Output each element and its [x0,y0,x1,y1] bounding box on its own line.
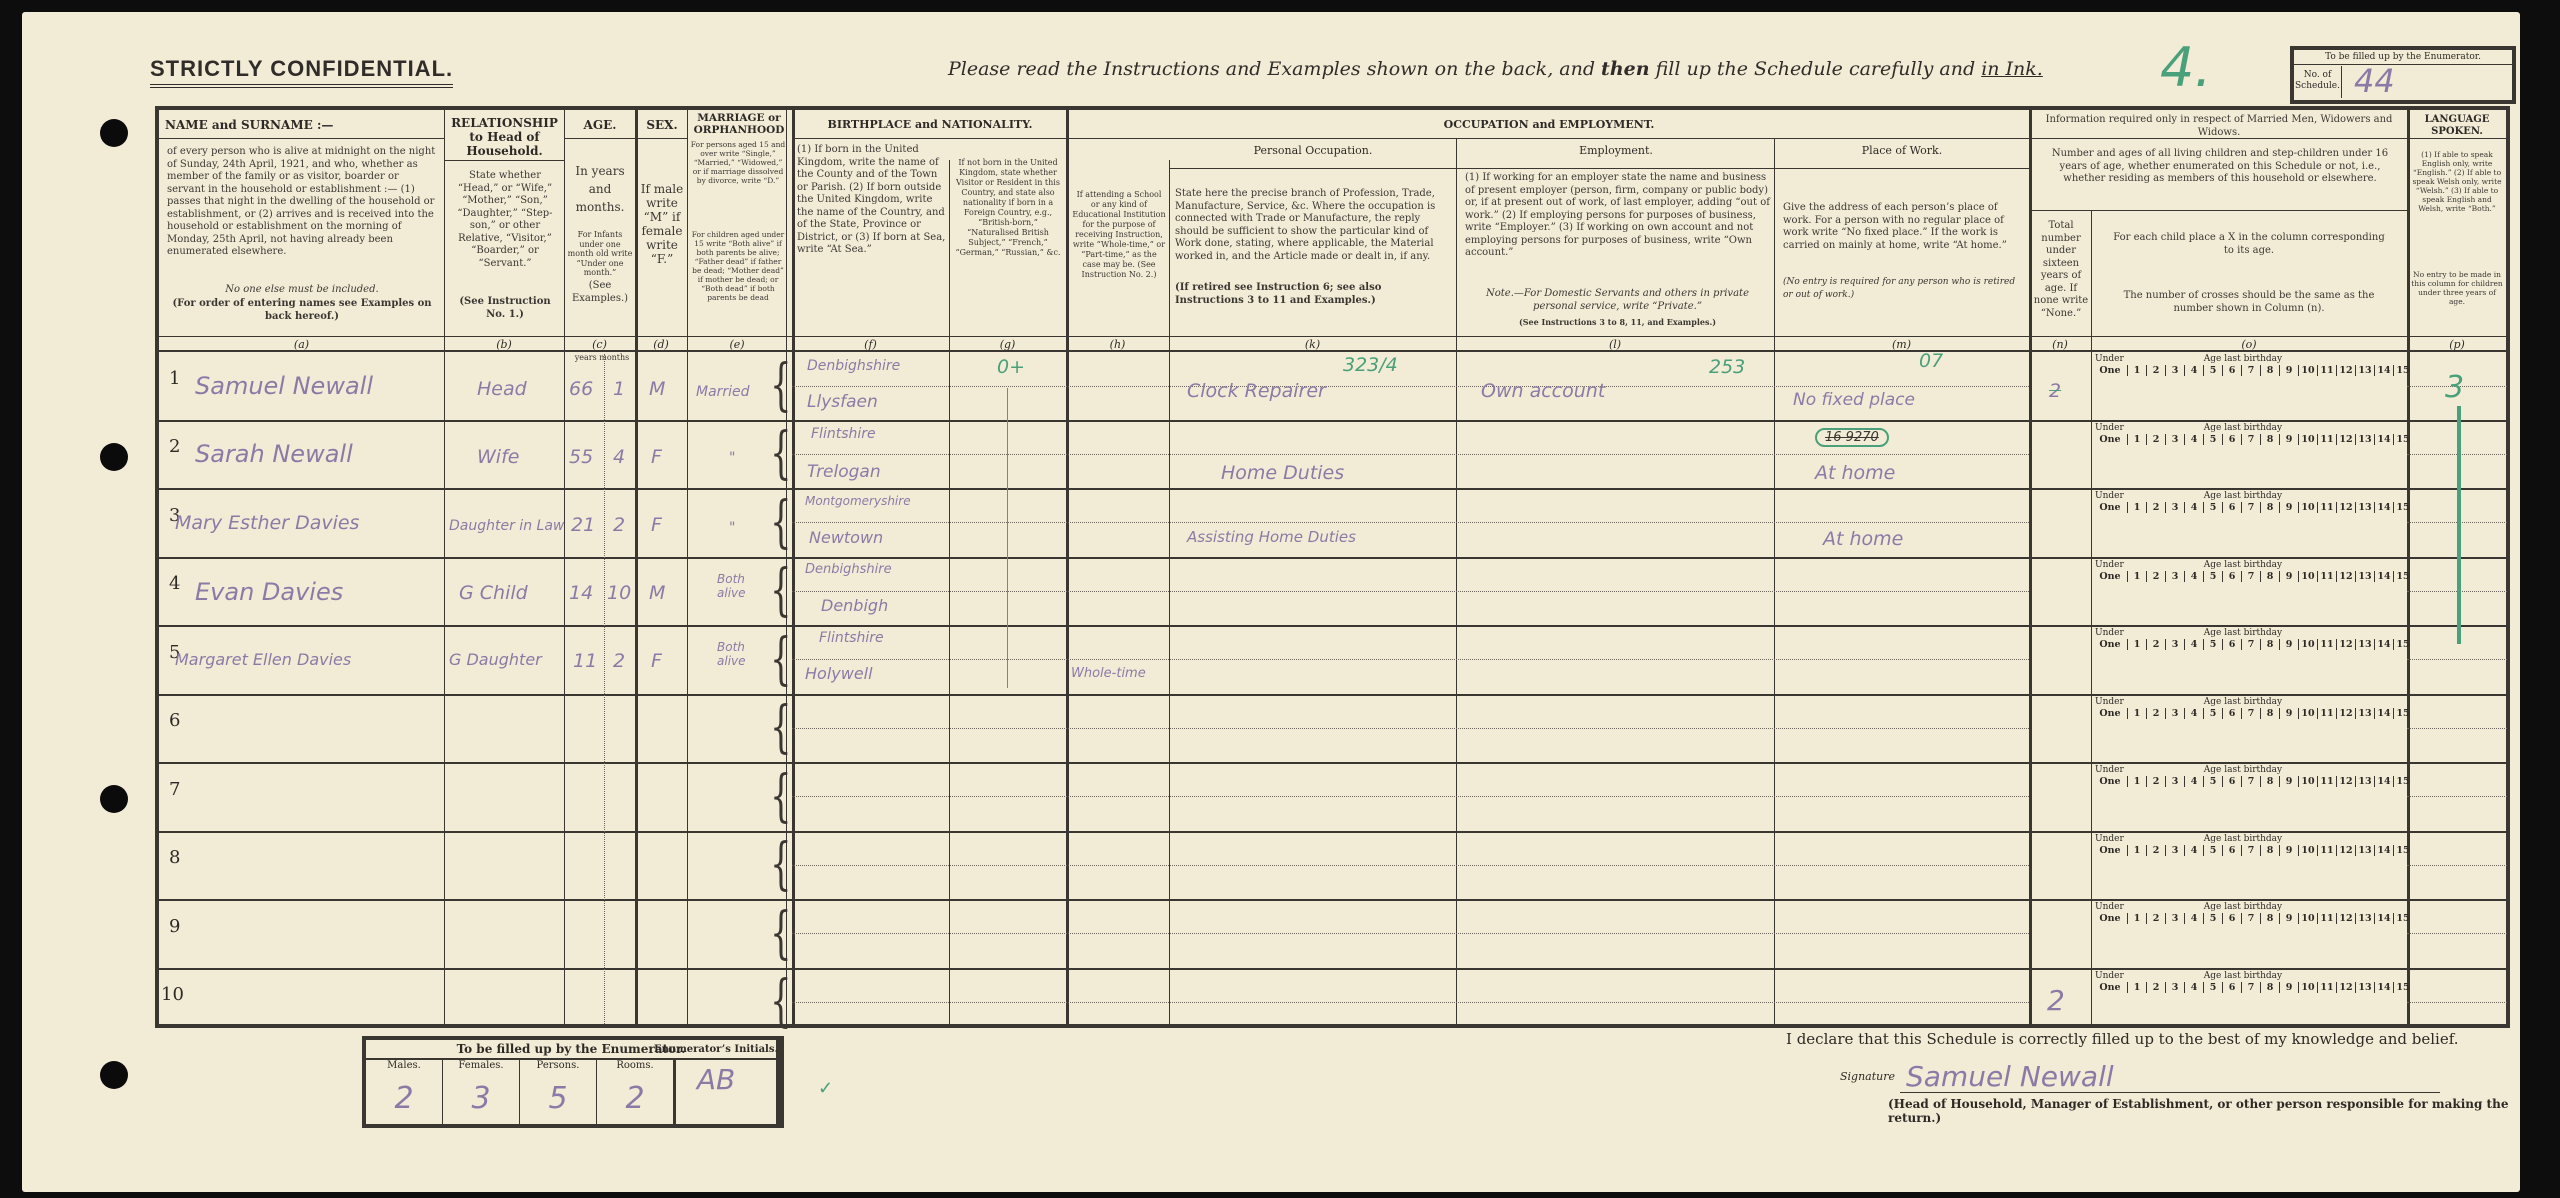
instructions-emphasis: then [1601,58,1650,80]
age-grid: UnderAge last birthday One12345678910111… [2093,901,2407,967]
col-letter: (h) [1066,338,1169,351]
age-grid: UnderAge last birthday One12345678910111… [2093,353,2407,419]
col-c-body: In years and months. [567,162,633,216]
age-grid: UnderAge last birthday One12345678910111… [2093,627,2407,693]
person-age-years[interactable]: 66 [569,378,593,400]
col-o-body2: The number of crosses should be the same… [2109,290,2389,315]
person-relationship[interactable]: Head [477,378,527,400]
schedule-number-box: To be filled up by the Enumerator. No. o… [2290,46,2516,104]
col-letter: (m) [1774,338,2029,351]
enumerator-persons: Persons.5 [520,1060,597,1124]
schedule-box-label: No. of Schedule. [2294,66,2342,98]
row-number: 8 [169,847,180,868]
col-letter: (n) [2029,338,2091,351]
place-of-work[interactable]: At home [1815,462,1895,484]
person-name[interactable]: Evan Davies [195,578,343,606]
age-grid: UnderAge last birthday One12345678910111… [2093,559,2407,625]
age-grid: UnderAge last birthday One12345678910111… [2093,833,2407,899]
personal-occupation[interactable]: Assisting Home Duties [1187,528,1356,546]
col-n-body: Total number under sixteen years of age.… [2032,220,2090,320]
signature-value[interactable]: Samuel Newall [1906,1060,2114,1093]
row-number: 2 [169,436,180,457]
birth-county[interactable]: Flintshire [819,630,884,646]
occupation-group-title: OCCUPATION and EMPLOYMENT. [1069,118,2029,132]
col-a-footer: (For order of entering names see Example… [167,298,437,323]
col-h-body: If attending a School or any kind of Edu… [1071,190,1167,280]
col-letter: (f) [792,338,949,351]
instructions-text: fill up the Schedule carefully and [1650,58,1982,80]
instructions-line: Please read the Instructions and Example… [948,58,2043,80]
col-letter: (k) [1169,338,1456,351]
place-code: 07 [1919,350,1943,372]
person-age-years[interactable]: 55 [569,446,593,468]
schedule-box-header: To be filled up by the Enumerator. [2294,50,2512,65]
initials-value: AB [652,1063,780,1096]
row-number: 10 [161,984,184,1005]
person-age-years[interactable]: 11 [573,650,597,672]
col-g-body: If not born in the United Kingdom, state… [952,158,1064,258]
occupation-code: 323/4 [1343,354,1398,376]
person-relationship[interactable]: Daughter in Law [449,518,564,534]
col-p-body: (1) If able to speak English only, write… [2411,150,2503,213]
person-age-months[interactable]: 2 [613,650,625,672]
page-title: STRICTLY CONFIDENTIAL. [150,56,453,88]
col-letter: (g) [949,338,1066,351]
person-marriage[interactable]: " [729,450,735,466]
person-sex[interactable]: F [651,446,662,468]
person-marriage[interactable]: Both alive [717,640,763,668]
col-o-body: For each child place a X in the column c… [2109,232,2389,257]
married-group-title: Information required only in respect of … [2033,114,2405,139]
birth-county[interactable]: Montgomeryshire [805,494,911,508]
person-age-months[interactable]: 2 [613,514,625,536]
age-grid: UnderAge last birthday One12345678910111… [2093,696,2407,762]
declaration-text: I declare that this Schedule is correctl… [1786,1030,2459,1048]
col-b-title: RELATIONSHIP to Head of Household. [447,116,562,158]
nationality-check-line [1007,388,1008,688]
col-letter: (a) [159,338,444,351]
row-number: 9 [169,916,180,937]
nationality-mark: 0+ [997,356,1025,378]
enumerator-initials-box: Enumerator’s Initials. AB [652,1036,784,1128]
age-grid: UnderAge last birthday One12345678910111… [2093,490,2407,556]
personal-occupation[interactable]: Clock Repairer [1187,380,1326,402]
row-number: 6 [169,710,180,731]
age-grid: UnderAge last birthday One12345678910111… [2093,422,2407,488]
col-k-title: Personal Occupation. [1171,144,1455,158]
employment[interactable]: Own account [1481,380,1605,402]
col-l-title: Employment. [1459,144,1773,158]
person-age-months[interactable]: 4 [613,446,625,468]
birth-town[interactable]: Holywell [805,664,873,683]
person-age-years[interactable]: 21 [571,514,595,536]
col-letter: (p) [2407,338,2507,351]
col-c-footer: (See Examples.) [567,280,633,305]
person-name[interactable]: Margaret Ellen Davies [175,650,351,669]
checkmark-icon: ✓ [818,1078,833,1099]
col-letter: (b) [444,338,564,351]
punch-hole-icon [100,443,128,471]
schedule-number-value: 44 [2354,62,2395,100]
birth-town[interactable]: Denbigh [821,596,888,615]
col-m-note: (No entry is required for any person who… [1783,276,2023,301]
place-code-struck: 16 9270 [1815,428,1889,447]
col-letter: (l) [1456,338,1774,351]
children-total[interactable]: 2 [2047,984,2065,1017]
col-a-body: of every person who is alive at midnight… [167,146,437,259]
personal-occupation[interactable]: Home Duties [1221,462,1344,484]
age-labels: One123456789101112131415 [2093,365,2412,376]
household-schedule-table: NAME and SURNAME :— of every person who … [155,106,2510,1028]
col-d-title: SEX. [637,118,687,132]
col-e-body2: For children aged under 15 write “Both a… [690,230,786,302]
person-age-years[interactable]: 14 [569,582,593,604]
col-b-footer: (See Instruction No. 1.) [449,296,561,321]
birth-town[interactable]: Newtown [809,528,883,547]
place-of-work[interactable]: No fixed place [1793,390,1915,410]
person-relationship[interactable]: Wife [477,446,519,468]
col-c-title: AGE. [565,118,635,132]
col-a-note: No one else must be included. [167,284,437,297]
employment-code: 253 [1709,356,1745,378]
birthplace-group-title: BIRTHPLACE and NATIONALITY. [795,118,1065,132]
person-marriage[interactable]: " [729,520,735,536]
annotation-top: 4. [2160,36,2212,99]
signature-caption: (Head of Household, Manager of Establish… [1888,1097,2560,1125]
person-relationship[interactable]: G Child [459,582,528,604]
person-age-months[interactable]: 1 [613,378,625,400]
col-e-body: For persons aged 15 and over write “Sing… [690,140,786,185]
person-marriage[interactable]: Both alive [717,572,763,600]
col-k-body: State here the precise branch of Profess… [1175,188,1453,263]
person-sex[interactable]: F [651,514,662,536]
col-l-note: Note.—For Domestic Servants and others i… [1465,288,1770,313]
children-total-struck: 2 [2049,380,2061,402]
col-e-title: MARRIAGE or ORPHANHOOD [689,112,789,136]
person-sex[interactable]: F [651,650,662,672]
language-mark: 3 [2445,370,2464,405]
language-tally-line [2457,406,2461,644]
col-letter: (c) [564,338,635,351]
initials-label: Enumerator’s Initials. [652,1040,780,1055]
instructions-ink: in Ink. [1981,58,2043,80]
row-number: 1 [169,368,180,389]
col-k-footer: (If retired see Instruction 6; see also … [1175,282,1453,307]
col-m-body: Give the address of each person’s place … [1783,202,2023,252]
col-f-body: (1) If born in the United Kingdom, write… [797,144,947,257]
col-l-body: (1) If working for an employer state the… [1465,172,1770,260]
enumerator-females: Females.3 [443,1060,520,1124]
col-p-title: LANGUAGE SPOKEN. [2409,114,2505,138]
age-grid: UnderAge last birthday One12345678910111… [2093,970,2407,1024]
birth-county[interactable]: Denbighshire [805,562,892,577]
person-marriage[interactable]: Married [696,384,750,400]
col-p-note: No entry to be made in this column for c… [2411,270,2503,306]
birth-town[interactable]: Trelogan [807,462,881,482]
signature-label: Signature [1840,1070,1895,1083]
enumerator-males: Males.2 [366,1060,443,1124]
col-a-title: NAME and SURNAME :— [165,118,365,132]
age-years-months-caption: years months [567,352,637,365]
col-d-body: If male write “M” if female write “F.” [639,182,685,266]
birth-county[interactable]: Denbighshire [807,358,900,374]
birth-county[interactable]: Flintshire [811,426,876,442]
col-l-footer: (See Instructions 3 to 8, 11, and Exampl… [1465,316,1770,329]
col-letter: (o) [2091,338,2407,351]
row-number: 4 [169,573,180,594]
birth-town[interactable]: Llysfaen [807,392,878,412]
person-name[interactable]: Sarah Newall [195,440,353,468]
person-name[interactable]: Samuel Newall [195,372,373,400]
education-status[interactable]: Whole-time [1071,666,1146,681]
person-relationship[interactable]: G Daughter [449,650,542,669]
place-of-work[interactable]: At home [1823,528,1903,550]
col-letter: (e) [687,338,787,351]
punch-hole-icon [100,119,128,147]
col-c-note: For Infants under one month old write “U… [567,230,633,278]
row-number: 7 [169,779,180,800]
instructions-text: Please read the Instructions and Example… [948,58,1601,80]
person-name[interactable]: Mary Esther Davies [175,512,359,534]
married-group-subtitle: Number and ages of all living children a… [2039,148,2401,186]
age-grid: UnderAge last birthday One12345678910111… [2093,764,2407,830]
punch-hole-icon [100,1061,128,1089]
col-letter: (d) [635,338,687,351]
person-sex[interactable]: M [649,582,665,604]
col-b-body: State whether “Head,” or “Wife,” “Mother… [449,170,561,270]
punch-hole-icon [100,785,128,813]
col-m-title: Place of Work. [1777,144,2027,158]
person-age-months[interactable]: 10 [607,582,631,604]
person-sex[interactable]: M [649,378,665,400]
